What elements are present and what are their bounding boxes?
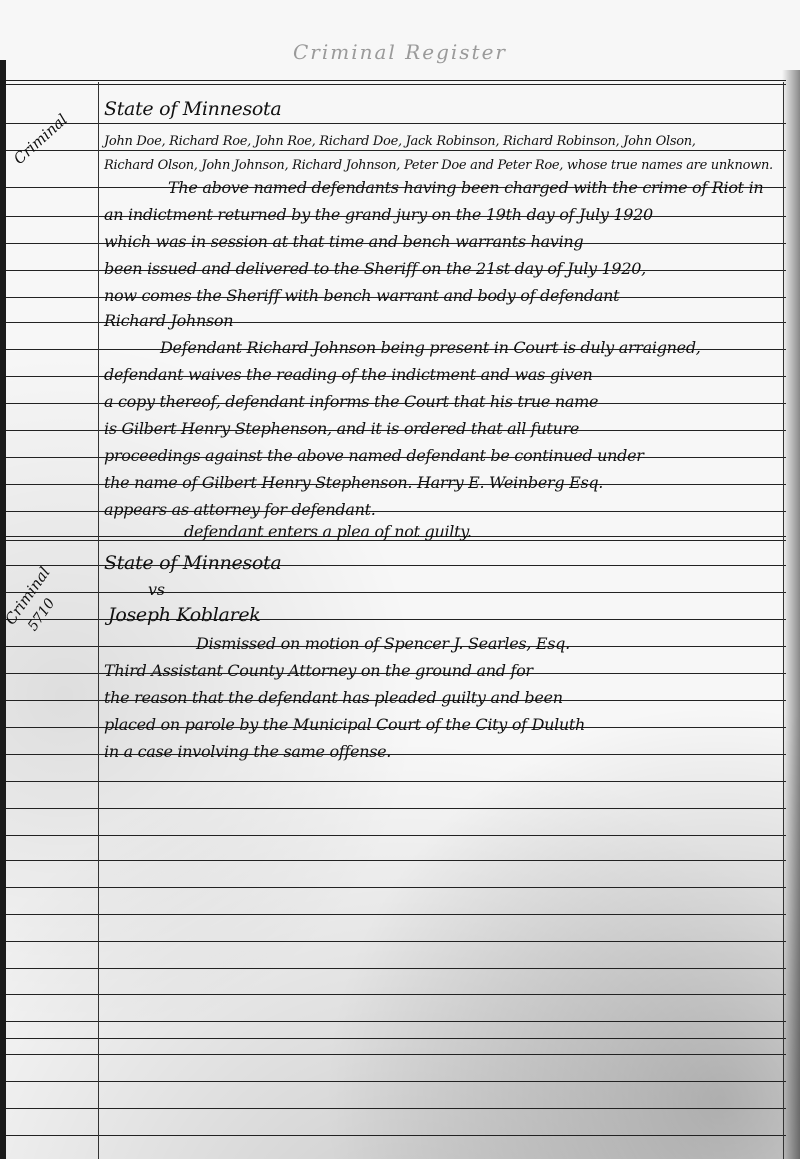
ruled-line [6,592,786,593]
entry-text-line: Defendant Richard Johnson being present … [160,338,701,357]
ruled-line [6,1021,786,1022]
defendant-name: Joseph Koblarek [108,604,261,626]
entry-text-line: placed on parole by the Municipal Court … [104,715,585,734]
ruled-line [6,1038,786,1039]
entry-text-line: the reason that the defendant has pleade… [104,688,563,707]
ruled-line [6,860,786,861]
ruled-line [6,914,786,915]
ledger-header-title: Criminal Register [0,40,800,64]
entry-text-line: now comes the Sheriff with bench warrant… [104,286,619,305]
scan-right-shadow [782,70,800,1159]
left-margin-rule [98,82,99,1159]
ledger-page: Criminal Register Criminal State of Minn… [0,0,800,1159]
entry-text-line: The above named defendants having been c… [168,178,763,197]
header-rule [6,80,786,85]
versus-label: vs [148,580,165,599]
case-caption: State of Minnesota [104,552,281,574]
ruled-line [6,1054,786,1055]
entry-text-line: appears as attorney for defendant. [104,500,376,519]
entry-text-line: Richard Johnson [104,311,233,330]
entry-text-line: is Gilbert Henry Stephenson, and it is o… [104,419,579,438]
parties-line: John Doe, Richard Roe, John Roe, Richard… [104,134,696,149]
ruled-line [6,887,786,888]
case-caption: State of Minnesota [104,98,281,120]
entry-text-line: a copy thereof, defendant informs the Co… [104,392,598,411]
entry-text-line: an indictment returned by the grand jury… [104,205,653,224]
ruled-line [6,941,786,942]
entry-text-line: which was in session at that time and be… [104,232,583,251]
ruled-line [6,123,786,124]
margin-note-criminal: Criminal [10,111,71,168]
entry-text-line: Dismissed on motion of Spencer J. Searle… [196,634,570,653]
entry-text-line: Third Assistant County Attorney on the g… [104,661,533,680]
ruled-line [6,994,786,995]
ruled-line [6,835,786,836]
plea-line: defendant enters a plea of not guilty. [184,522,472,541]
ruled-line [6,781,786,782]
entry-text-line: defendant waives the reading of the indi… [104,365,593,384]
parties-line: Richard Olson, John Johnson, Richard Joh… [104,158,773,173]
ruled-line [6,968,786,969]
entry-text-line: been issued and delivered to the Sheriff… [104,259,646,278]
ruled-line [6,1081,786,1082]
ruled-line [6,1135,786,1136]
entry-text-line: in a case involving the same offense. [104,742,391,761]
ruled-line [6,808,786,809]
right-margin-rule [783,82,784,1159]
ruled-line [6,1108,786,1109]
entry-text-line: proceedings against the above named defe… [104,446,644,465]
ruled-line [6,150,786,151]
entry-text-line: the name of Gilbert Henry Stephenson. Ha… [104,473,603,492]
